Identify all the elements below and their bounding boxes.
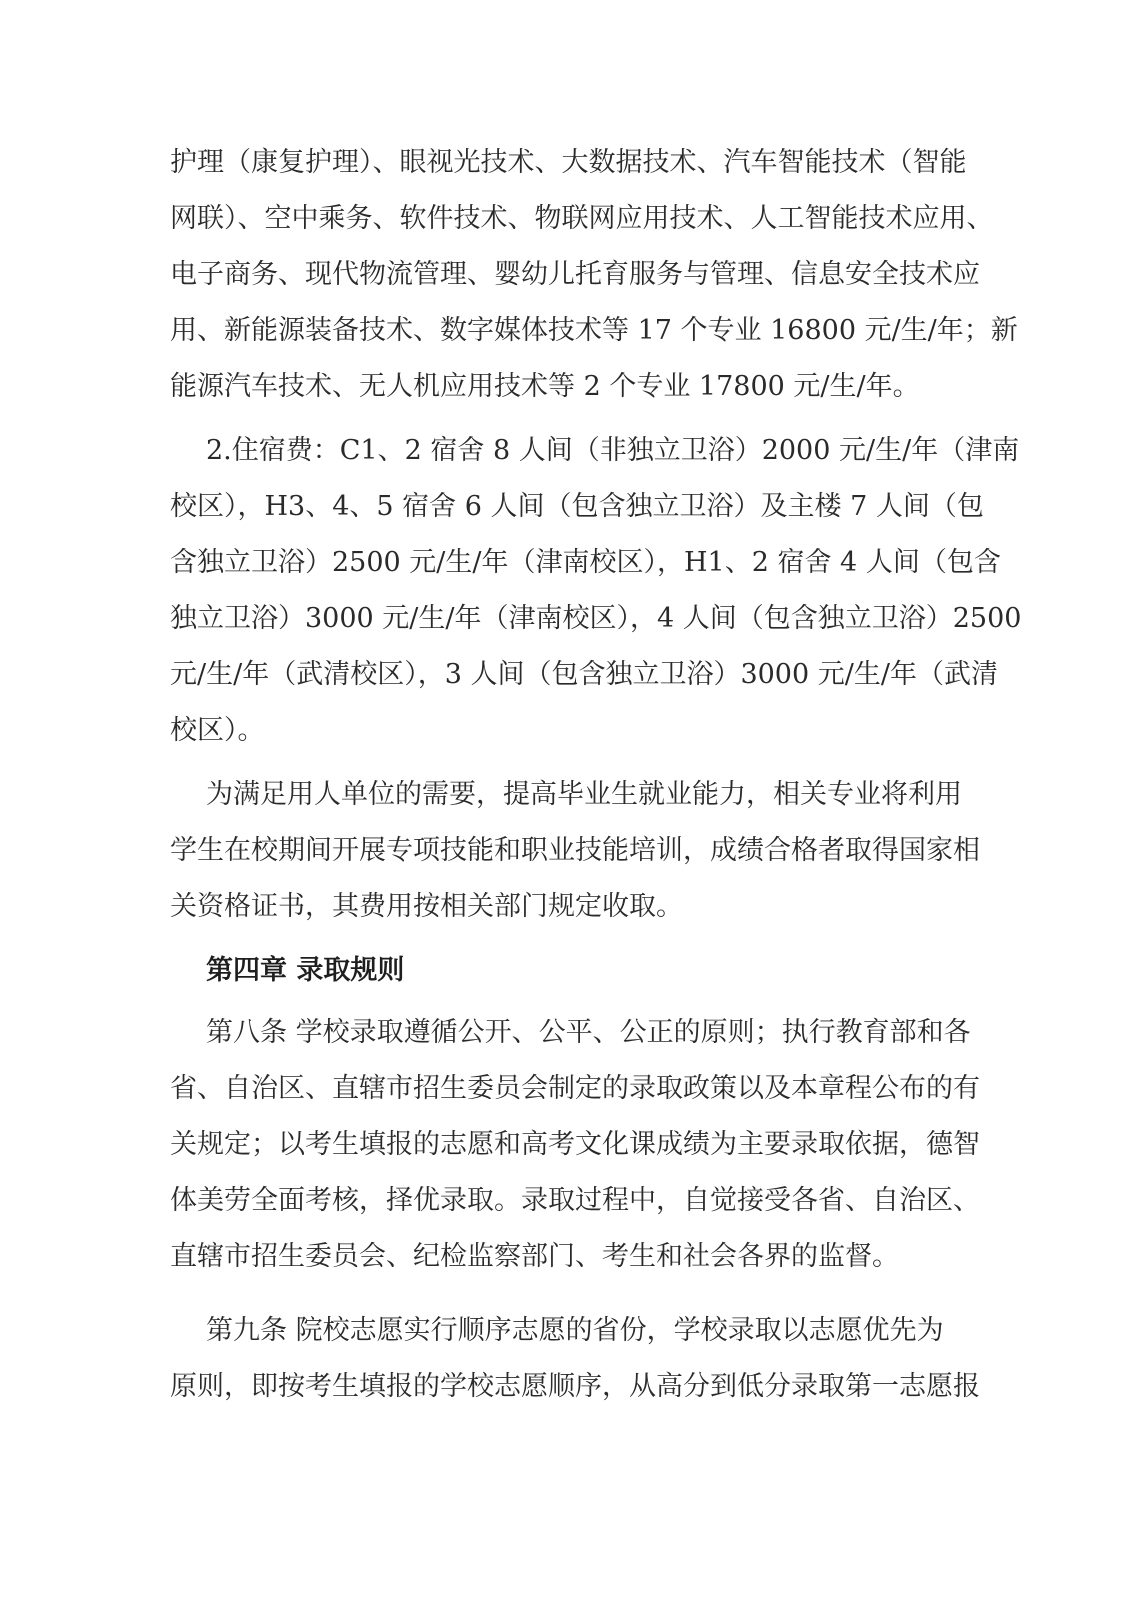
text-line: 含独立卫浴）2500 元/生/年（津南校区），H1、2 宿舍 4 人间（包含	[170, 546, 942, 580]
chapter-heading: 第四章 录取规则	[206, 954, 404, 988]
text-line: 用、新能源装备技术、数字媒体技术等 17 个专业 16800 元/生/年；新	[170, 314, 942, 348]
text-line: 第八条 学校录取遵循公开、公平、公正的原则；执行教育部和各	[206, 1016, 942, 1050]
text-line: 省、自治区、直辖市招生委员会制定的录取政策以及本章程公布的有	[170, 1072, 942, 1106]
text-line: 网联）、空中乘务、软件技术、物联网应用技术、人工智能技术应用、	[170, 202, 942, 236]
text-line: 电子商务、现代物流管理、婴幼儿托育服务与管理、信息安全技术应	[170, 258, 942, 292]
text-line: 为满足用人单位的需要，提高毕业生就业能力，相关专业将利用	[206, 778, 942, 812]
text-line: 原则，即按考生填报的学校志愿顺序，从高分到低分录取第一志愿报	[170, 1370, 942, 1404]
text-line: 学生在校期间开展专项技能和职业技能培训，成绩合格者取得国家相	[170, 834, 942, 868]
text-line: 能源汽车技术、无人机应用技术等 2 个专业 17800 元/生/年。	[170, 370, 942, 404]
text-line: 关规定；以考生填报的志愿和高考文化课成绩为主要录取依据，德智	[170, 1128, 942, 1162]
text-line: 第九条 院校志愿实行顺序志愿的省份，学校录取以志愿优先为	[206, 1314, 942, 1348]
text-line: 护理（康复护理）、眼视光技术、大数据技术、汽车智能技术（智能	[170, 146, 942, 180]
text-line: 校区），H3、4、5 宿舍 6 人间（包含独立卫浴）及主楼 7 人间（包	[170, 490, 942, 524]
text-line: 元/生/年（武清校区），3 人间（包含独立卫浴）3000 元/生/年（武清	[170, 658, 942, 692]
text-line: 直辖市招生委员会、纪检监察部门、考生和社会各界的监督。	[170, 1240, 942, 1274]
text-line: 体美劳全面考核，择优录取。录取过程中，自觉接受各省、自治区、	[170, 1184, 942, 1218]
document-page: 护理（康复护理）、眼视光技术、大数据技术、汽车智能技术（智能 网联）、空中乘务、…	[0, 0, 1131, 1600]
text-line: 2.住宿费：C1、2 宿舍 8 人间（非独立卫浴）2000 元/生/年（津南	[206, 434, 942, 468]
text-line: 独立卫浴）3000 元/生/年（津南校区），4 人间（包含独立卫浴）2500	[170, 602, 942, 636]
text-line: 校区）。	[170, 714, 942, 748]
text-line: 关资格证书，其费用按相关部门规定收取。	[170, 890, 942, 924]
